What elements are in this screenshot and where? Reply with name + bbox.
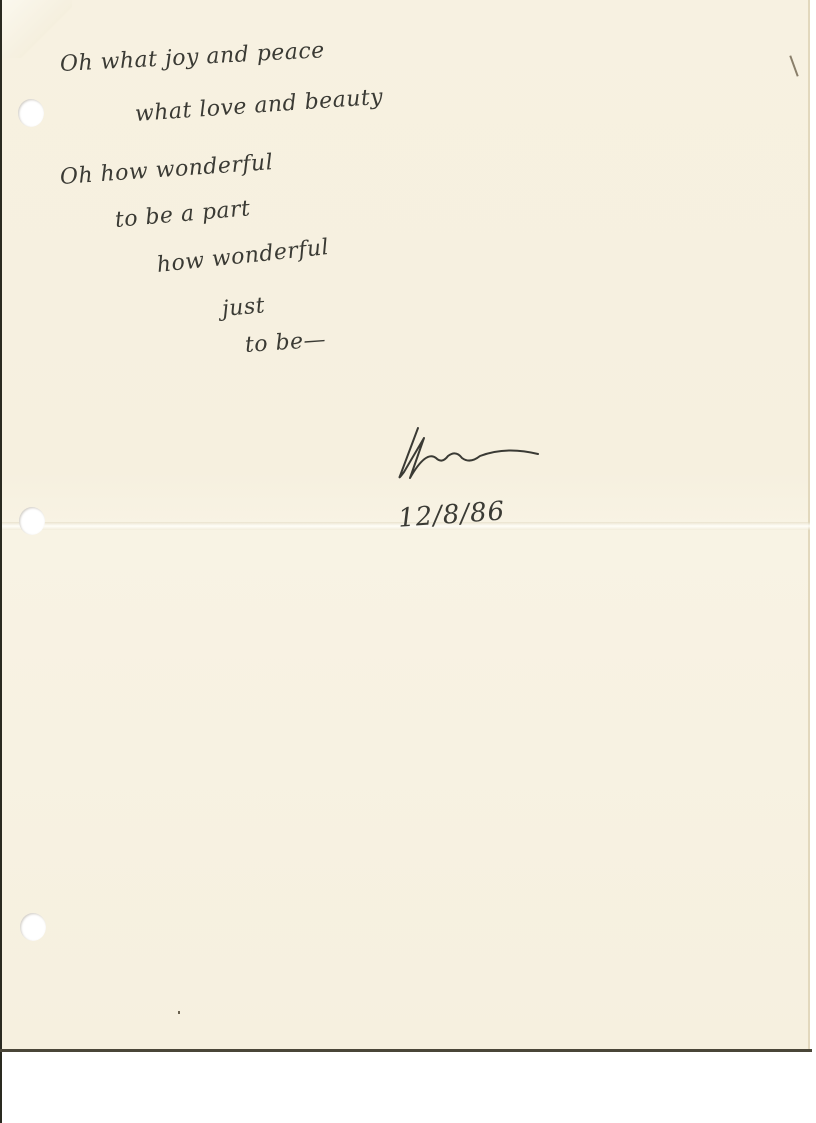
paper-speck xyxy=(178,1011,180,1014)
poem-line-6: just xyxy=(221,293,266,322)
signature xyxy=(396,420,546,480)
punch-hole-middle xyxy=(19,507,45,535)
paper-bottom-edge xyxy=(0,1049,812,1052)
punch-hole-top xyxy=(18,99,44,127)
corner-fold xyxy=(2,0,72,58)
punch-hole-bottom xyxy=(20,913,46,941)
